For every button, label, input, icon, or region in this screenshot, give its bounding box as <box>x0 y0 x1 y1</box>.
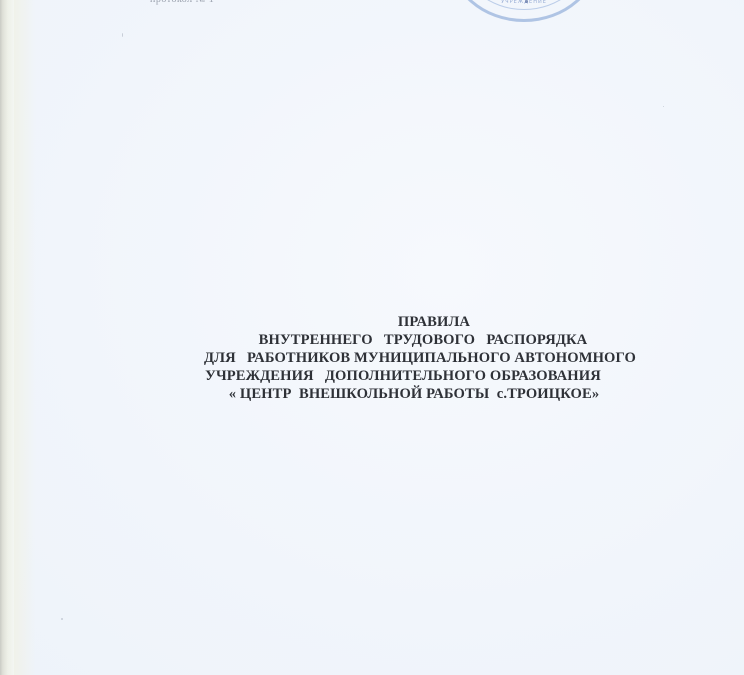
scan-speck <box>122 33 123 37</box>
page-binding-edge <box>0 0 14 675</box>
title-line-1: ПРАВИЛА <box>140 313 700 331</box>
header-fragment: протокол № 1 <box>150 0 214 5</box>
title-line-4: УЧРЕЖДЕНИЯ ДОПОЛНИТЕЛЬНОГО ОБРАЗОВАНИЯ <box>140 367 700 385</box>
title-line-3: ДЛЯ РАБОТНИКОВ МУНИЦИПАЛЬНОГО АВТОНОМНОГ… <box>140 349 700 367</box>
document-title: ПРАВИЛА ВНУТРЕННЕГО ТРУДОВОГО РАСПОРЯДКА… <box>140 313 700 403</box>
official-stamp: МУНИЦИПАЛЬНОЕ АВТОНОМНОЕ УЧРЕЖДЕНИЕ <box>448 0 600 22</box>
scanned-page: протокол № 1 МУНИЦИПАЛЬНОЕ АВТОНОМНОЕ УЧ… <box>0 0 744 675</box>
scan-speck <box>663 106 664 107</box>
stamp-dot <box>525 0 528 3</box>
title-line-5: « ЦЕНТР ВНЕШКОЛЬНОЙ РАБОТЫ с.ТРОИЦКОЕ» <box>140 385 700 403</box>
title-line-2: ВНУТРЕННЕГО ТРУДОВОГО РАСПОРЯДКА <box>140 331 700 349</box>
page-edge-shadow <box>14 0 36 675</box>
stamp-text: МУНИЦИПАЛЬНОЕ АВТОНОМНОЕ УЧРЕЖДЕНИЕ <box>451 0 597 5</box>
scan-speck <box>61 618 63 620</box>
